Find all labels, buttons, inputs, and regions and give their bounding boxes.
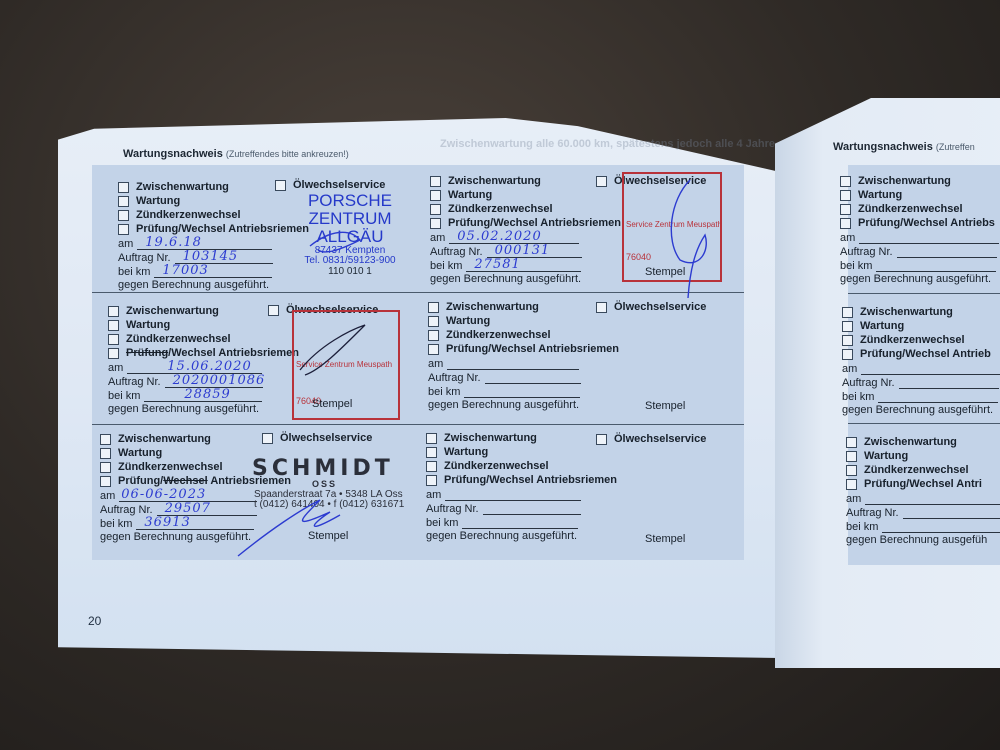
stamp-line: ZENTRUM: [300, 210, 400, 228]
checkbox-oelwechsel[interactable]: [275, 180, 286, 191]
faint-backprint: Zwischenwartung alle 60.000 km, späteste…: [440, 138, 775, 150]
checkbox-zuendkerzen[interactable]: [430, 204, 441, 215]
right-entry-2: Zwischenwartung Wartung Zündkerzenwechse…: [842, 305, 1000, 417]
checkbox-wartung[interactable]: [430, 190, 441, 201]
option-label: Wartung: [858, 189, 902, 201]
stamp-porsche-zentrum: PORSCHE ZENTRUM ALLGÄU 87437 Kempten Tel…: [300, 192, 400, 277]
order-field[interactable]: [903, 506, 1000, 519]
checkbox-zuendkerzen[interactable]: [108, 334, 119, 345]
order-label: Auftrag Nr.: [840, 246, 893, 258]
option-label: Zündkerzenwechsel: [864, 464, 969, 476]
option-label: Zündkerzenwechsel: [126, 333, 231, 345]
order-field[interactable]: [897, 245, 997, 258]
date-label: am: [846, 493, 861, 505]
checkbox-pruefung[interactable]: [100, 476, 111, 487]
checkbox-wartung[interactable]: [426, 447, 437, 458]
checkbox-zuendkerzen[interactable]: [846, 465, 857, 476]
order-field[interactable]: [899, 376, 999, 389]
km-label: bei km: [846, 521, 878, 533]
row-divider: [848, 423, 1000, 424]
word: Prüfung: [118, 475, 160, 487]
date-label: am: [108, 362, 123, 374]
date-field[interactable]: [859, 231, 999, 244]
footer-text: gegen Berechnung ausgeführt.: [108, 402, 299, 416]
option-label: Ölwechselservice: [293, 179, 385, 191]
checkbox-zwischenwartung[interactable]: [108, 306, 119, 317]
option-label: Prüfung/Wechsel Antriebsriemen: [136, 223, 309, 235]
km-field[interactable]: [462, 516, 578, 529]
checkbox-wartung[interactable]: [840, 190, 851, 201]
option-label: Zwischenwartung: [126, 305, 219, 317]
footer-text: gegen Berechnung ausgeführt.: [842, 403, 1000, 417]
footer-text: gegen Berechnung ausgeführt.: [426, 529, 617, 543]
km-label: bei km: [118, 266, 150, 278]
option-label: Zwischenwartung: [448, 175, 541, 187]
maintenance-entry-3: Zwischenwartung Wartung Zündkerzenwechse…: [108, 304, 299, 416]
option-label: Zündkerzenwechsel: [444, 460, 549, 472]
right-entry-3: Zwischenwartung Wartung Zündkerzenwechse…: [846, 435, 1000, 547]
checkbox-zuendkerzen[interactable]: [100, 462, 111, 473]
footer-text: gegen Berechnung ausgeführt.: [430, 272, 621, 286]
checkbox-pruefung[interactable]: [842, 349, 853, 360]
oelwechsel-option-5: Ölwechselservice: [262, 431, 372, 445]
km-field[interactable]: [464, 385, 580, 398]
option-label: Prüfung/Wechsel Antriebsriemen: [444, 474, 617, 486]
stempel-label: Stempel: [308, 530, 348, 542]
stamp-phone: t (0412) 641404 • f (0412) 631671: [254, 500, 417, 511]
order-label: Auftrag Nr.: [108, 376, 161, 388]
option-label: Prüfung/Wechsel Antriebs: [858, 217, 995, 229]
checkbox-zuendkerzen[interactable]: [842, 335, 853, 346]
struck-word: Wechsel: [163, 475, 207, 487]
km-label: bei km: [842, 391, 874, 403]
option-label: Wartung: [126, 319, 170, 331]
maintenance-entry-6: Zwischenwartung Wartung Zündkerzenwechse…: [426, 431, 617, 543]
page-number: 20: [88, 614, 101, 628]
option-label: Wartung: [446, 315, 490, 327]
footer-text: gegen Berechnung ausgeführt.: [118, 278, 309, 292]
date-field[interactable]: [447, 357, 579, 370]
option-label: Prüfung/Wechsel Antri: [864, 478, 982, 490]
checkbox-pruefung[interactable]: [118, 224, 129, 235]
option-label: Zwischenwartung: [860, 306, 953, 318]
order-field[interactable]: [485, 371, 581, 384]
footer-text: gegen Berechnung ausgeführt.: [428, 398, 619, 412]
handwritten-date: 05.02.2020: [457, 229, 541, 244]
left-page-heading: Wartungsnachweis (Zutreffendes bitte ank…: [123, 148, 349, 160]
footer-text: gegen Berechnung ausgeführt.: [840, 272, 999, 286]
km-label: bei km: [428, 386, 460, 398]
checkbox-pruefung[interactable]: [428, 344, 439, 355]
stempel-label: Stempel: [312, 398, 352, 410]
stamp-code: 76040: [626, 252, 651, 262]
checkbox-zwischenwartung[interactable]: [846, 437, 857, 448]
option-label: Zwischenwartung: [864, 436, 957, 448]
option-label: Wartung: [118, 447, 162, 459]
checkbox-pruefung[interactable]: [846, 479, 857, 490]
right-page-heading: Wartungsnachweis (Zutreffen: [833, 141, 975, 153]
checkbox-wartung[interactable]: [108, 320, 119, 331]
maintenance-entry-2: Zwischenwartung Wartung Zündkerzenwechse…: [430, 174, 621, 286]
option-label: Prüfung/Wechsel Antriebsriemen: [448, 217, 621, 229]
checkbox-wartung[interactable]: [842, 321, 853, 332]
stempel-label: Stempel: [645, 400, 685, 412]
handwritten-order: 2020001086: [173, 373, 266, 388]
date-field[interactable]: [445, 488, 581, 501]
handwritten-km: 28859: [184, 387, 230, 402]
checkbox-zwischenwartung[interactable]: [118, 182, 129, 193]
km-label: bei km: [108, 390, 140, 402]
option-label: Wartung: [448, 189, 492, 201]
km-label: bei km: [840, 260, 872, 272]
footer-text: gegen Berechnung ausgeführt.: [100, 530, 291, 544]
checkbox-zwischenwartung[interactable]: [842, 307, 853, 318]
order-label: Auftrag Nr.: [846, 507, 899, 519]
option-label: Wartung: [444, 446, 488, 458]
handwritten-order: 000131: [495, 243, 551, 258]
checkbox-oelwechsel[interactable]: [596, 176, 607, 187]
order-label: Auftrag Nr.: [426, 503, 479, 515]
date-label: am: [100, 490, 115, 502]
row-divider: [92, 424, 744, 425]
checkbox-pruefung[interactable]: [426, 475, 437, 486]
stempel-label: Stempel: [645, 533, 685, 545]
checkbox-oelwechsel[interactable]: [596, 302, 607, 313]
checkbox-oelwechsel[interactable]: [262, 433, 273, 444]
checkbox-zwischenwartung[interactable]: [840, 176, 851, 187]
checkbox-wartung[interactable]: [428, 316, 439, 327]
km-field[interactable]: 28859: [144, 389, 262, 402]
oelwechsel-option-6: Ölwechselservice: [596, 432, 706, 446]
km-label: bei km: [426, 517, 458, 529]
km-field[interactable]: 17003: [154, 265, 272, 278]
date-label: am: [426, 489, 441, 501]
option-label: Zündkerzenwechsel: [448, 203, 553, 215]
checkbox-zuendkerzen[interactable]: [118, 210, 129, 221]
option-label: Zwischenwartung: [136, 181, 229, 193]
date-label: am: [428, 358, 443, 370]
stempel-label: Stempel: [645, 266, 685, 278]
option-label: Zwischenwartung: [446, 301, 539, 313]
option-label: Wartung: [860, 320, 904, 332]
stamp-code: 110 010 1: [300, 267, 400, 278]
km-label: bei km: [100, 518, 132, 530]
option-label: Ölwechselservice: [280, 432, 372, 444]
km-field[interactable]: [876, 259, 996, 272]
handwritten-order: 103145: [183, 249, 239, 264]
stamp-phone: Tel. 0831/59123-900: [300, 256, 400, 267]
order-label: Auftrag Nr.: [842, 377, 895, 389]
date-label: am: [842, 363, 857, 375]
row-divider: [92, 292, 744, 293]
handwritten-order: 29507: [165, 501, 211, 516]
option-label: Zwischenwartung: [444, 432, 537, 444]
km-field[interactable]: 27581: [466, 259, 581, 272]
option-label: Prüfung/Wechsel Antriebsriemen: [446, 343, 619, 355]
order-field[interactable]: [483, 502, 581, 515]
date-label: am: [430, 232, 445, 244]
checkbox-zuendkerzen[interactable]: [840, 204, 851, 215]
date-field[interactable]: [865, 492, 1000, 505]
km-field[interactable]: [882, 520, 1000, 533]
stamp-line: PORSCHE: [300, 192, 400, 210]
option-label: Prüfung/Wechsel Antrieb: [860, 348, 991, 360]
option-label: Zwischenwartung: [858, 175, 951, 187]
option-label: Zündkerzenwechsel: [860, 334, 965, 346]
checkbox-zwischenwartung[interactable]: [100, 434, 111, 445]
maintenance-entry-4: Zwischenwartung Wartung Zündkerzenwechse…: [428, 300, 619, 412]
stamp-name: Service Zentrum Meuspath: [296, 360, 392, 369]
handwritten-km: 17003: [162, 263, 208, 278]
checkbox-oelwechsel[interactable]: [596, 434, 607, 445]
stamp-schmidt-oss: SCHMIDT OSS Spaanderstraat 7a • 5348 LA …: [252, 457, 417, 511]
struck-word: Prüfung: [126, 347, 168, 359]
option-label: Zündkerzenwechsel: [118, 461, 223, 473]
handwritten-km: 27581: [474, 257, 520, 272]
date-label: am: [840, 232, 855, 244]
checkbox-wartung[interactable]: [118, 196, 129, 207]
stamp-name: SCHMIDT: [252, 457, 417, 480]
stamp-line: ALLGÄU: [300, 228, 400, 246]
km-label: bei km: [430, 260, 462, 272]
km-field[interactable]: [878, 390, 998, 403]
checkbox-wartung[interactable]: [100, 448, 111, 459]
handwritten-date: 15.06.2020: [167, 359, 251, 374]
row-divider: [848, 293, 1000, 294]
option-label: Ölwechselservice: [614, 301, 706, 313]
checkbox-zuendkerzen[interactable]: [428, 330, 439, 341]
handwritten-km: 36913: [144, 515, 190, 530]
checkbox-wartung[interactable]: [846, 451, 857, 462]
maintenance-entry-1: Zwischenwartung Wartung Zündkerzenwechse…: [118, 180, 309, 292]
option-label: Wartung: [864, 450, 908, 462]
handwritten-date: 06-06-2023: [121, 487, 206, 502]
checkbox-zwischenwartung[interactable]: [426, 433, 437, 444]
date-label: am: [118, 238, 133, 250]
checkbox-pruefung[interactable]: [430, 218, 441, 229]
date-field[interactable]: [861, 362, 1000, 375]
option-label: Zündkerzenwechsel: [858, 203, 963, 215]
option-label: Ölwechselservice: [614, 433, 706, 445]
option-label: Wartung: [136, 195, 180, 207]
oelwechsel-option-4: Ölwechselservice: [596, 300, 706, 314]
footer-text: gegen Berechnung ausgefüh: [846, 533, 1000, 547]
checkbox-pruefung[interactable]: [840, 218, 851, 229]
right-entry-1: Zwischenwartung Wartung Zündkerzenwechse…: [840, 174, 999, 286]
order-label: Auftrag Nr.: [428, 372, 481, 384]
checkbox-zwischenwartung[interactable]: [430, 176, 441, 187]
stamp-name: Service Zentrum Meuspath: [626, 220, 722, 229]
option-label: Zwischenwartung: [118, 433, 211, 445]
handwritten-date: 19.6.18: [145, 235, 202, 250]
checkbox-pruefung[interactable]: [108, 348, 119, 359]
word: Wechsel: [171, 347, 215, 359]
oelwechsel-option-1: Ölwechselservice: [275, 178, 385, 192]
checkbox-zwischenwartung[interactable]: [428, 302, 439, 313]
checkbox-oelwechsel[interactable]: [268, 305, 279, 316]
km-field[interactable]: 36913: [136, 517, 254, 530]
option-label: Zündkerzenwechsel: [446, 329, 551, 341]
option-label: Zündkerzenwechsel: [136, 209, 241, 221]
checkbox-zuendkerzen[interactable]: [426, 461, 437, 472]
word: Antriebsriemen: [216, 347, 299, 359]
